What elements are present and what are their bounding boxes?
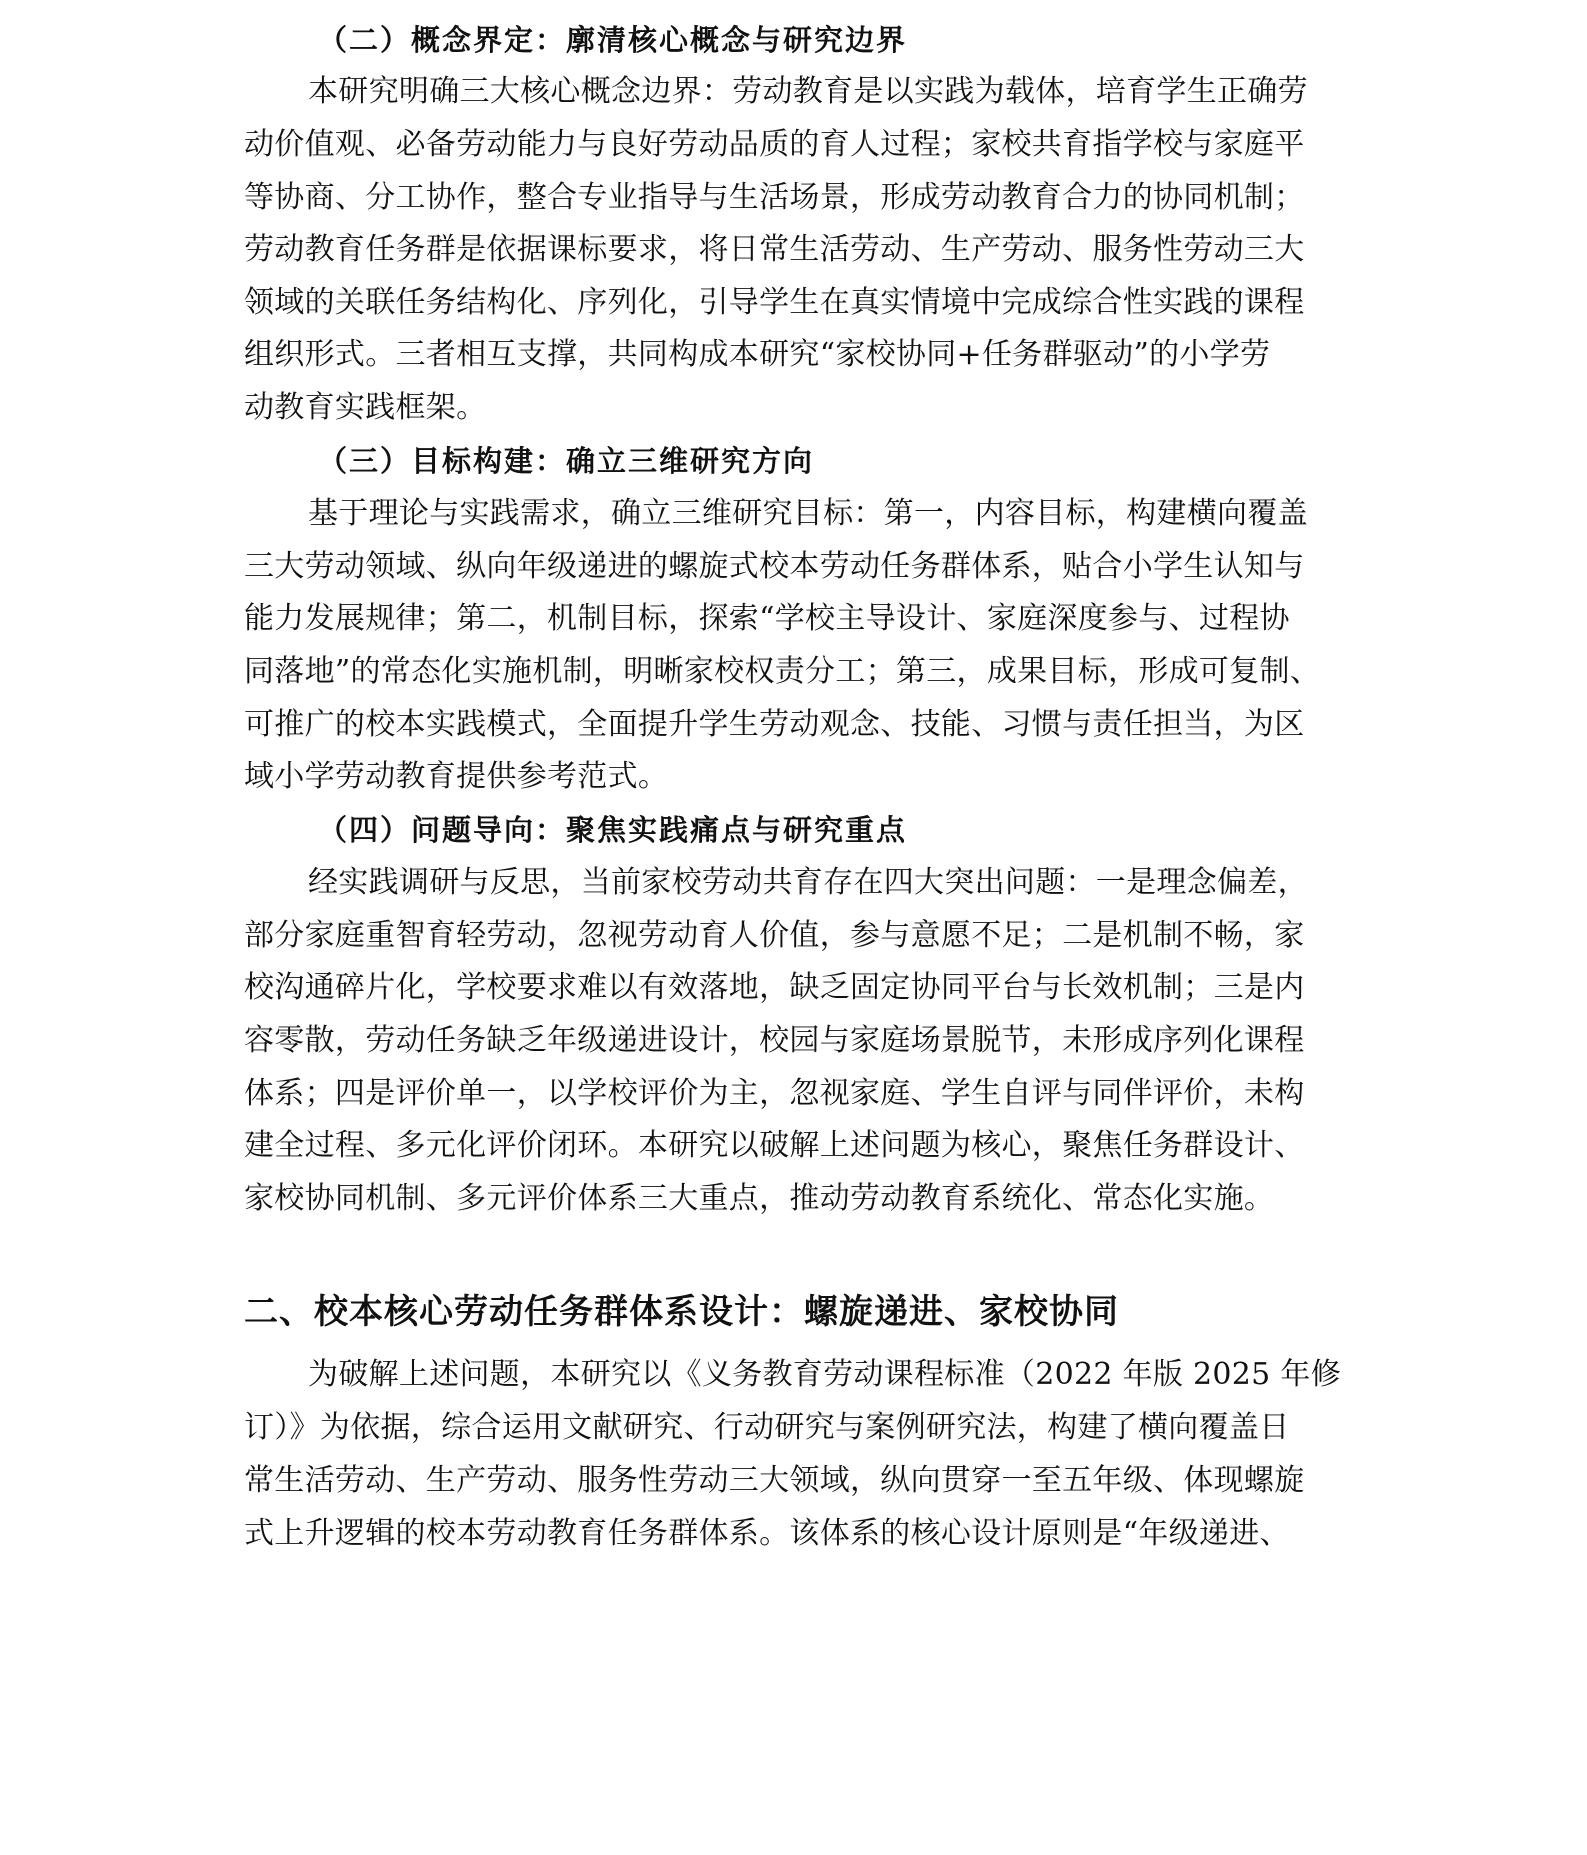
paragraph-line: 基于理论与实践需求，确立三维研究目标：第一，内容目标，构建横向覆盖 [308, 496, 1420, 532]
paragraph-line: 领域的关联任务结构化、序列化，引导学生在真实情境中完成综合性实践的课程 [244, 285, 1356, 321]
paragraph-line: 经实践调研与反思，当前家校劳动共育存在四大突出问题：一是理念偏差， [308, 865, 1420, 901]
subheading-goal-construction: （三）目标构建：确立三维研究方向 [318, 443, 1430, 479]
paragraph-line: 订）》为依据，综合运用文献研究、行动研究与案例研究法，构建了横向覆盖日 [244, 1410, 1356, 1446]
paragraph-line: 组织形式。三者相互支撑，共同构成本研究“家校协同+任务群驱动”的小学劳 [244, 337, 1356, 373]
paragraph-line: 同落地”的常态化实施机制，明晰家校权责分工；第三，成果目标，形成可复制、 [244, 654, 1356, 690]
section-heading-task-group-design: 二、校本核心劳动任务群体系设计：螺旋递进、家校协同 [244, 1294, 1356, 1330]
paragraph-line: 可推广的校本实践模式，全面提升学生劳动观念、技能、习惯与责任担当，为区 [244, 707, 1356, 743]
paragraph-line: 本研究明确三大核心概念边界：劳动教育是以实践为载体，培育学生正确劳 [308, 74, 1420, 110]
subheading-problem-orientation: （四）问题导向：聚焦实践痛点与研究重点 [318, 812, 1430, 848]
subheading-concept-definition: （二）概念界定：廓清核心概念与研究边界 [318, 22, 1430, 58]
paragraph-line: 家校协同机制、多元评价体系三大重点，推动劳动教育系统化、常态化实施。 [244, 1181, 1356, 1217]
paragraph-line: 为破解上述问题，本研究以《义务教育劳动课程标准（2022 年版 2025 年修 [308, 1357, 1420, 1393]
paragraph-line: 劳动教育任务群是依据课标要求，将日常生活劳动、生产劳动、服务性劳动三大 [244, 232, 1356, 268]
paragraph-line: 校沟通碎片化，学校要求难以有效落地，缺乏固定协同平台与长效机制；三是内 [244, 970, 1356, 1006]
paragraph-line: 常生活劳动、生产劳动、服务性劳动三大领域，纵向贯穿一至五年级、体现螺旋 [244, 1463, 1356, 1499]
paragraph-line: 动教育实践框架。 [244, 390, 1356, 426]
paragraph-line: 三大劳动领域、纵向年级递进的螺旋式校本劳动任务群体系，贴合小学生认知与 [244, 549, 1356, 585]
paragraph-line: 等协商、分工协作，整合专业指导与生活场景，形成劳动教育合力的协同机制； [244, 180, 1356, 216]
paragraph-line: 部分家庭重智育轻劳动，忽视劳动育人价值，参与意愿不足；二是机制不畅，家 [244, 918, 1356, 954]
document-page: （二）概念界定：廓清核心概念与研究边界 本研究明确三大核心概念边界：劳动教育是以… [0, 0, 1587, 1855]
paragraph-line: 能力发展规律；第二，机制目标，探索“学校主导设计、家庭深度参与、过程协 [244, 601, 1356, 637]
paragraph-line: 式上升逻辑的校本劳动教育任务群体系。该体系的核心设计原则是“年级递进、 [244, 1516, 1356, 1552]
paragraph-line: 域小学劳动教育提供参考范式。 [244, 759, 1356, 795]
paragraph-line: 体系；四是评价单一，以学校评价为主，忽视家庭、学生自评与同伴评价，未构 [244, 1076, 1356, 1112]
paragraph-line: 容零散，劳动任务缺乏年级递进设计，校园与家庭场景脱节，未形成序列化课程 [244, 1023, 1356, 1059]
paragraph-line: 建全过程、多元化评价闭环。本研究以破解上述问题为核心，聚焦任务群设计、 [244, 1128, 1356, 1164]
paragraph-line: 动价值观、必备劳动能力与良好劳动品质的育人过程；家校共育指学校与家庭平 [244, 127, 1356, 163]
